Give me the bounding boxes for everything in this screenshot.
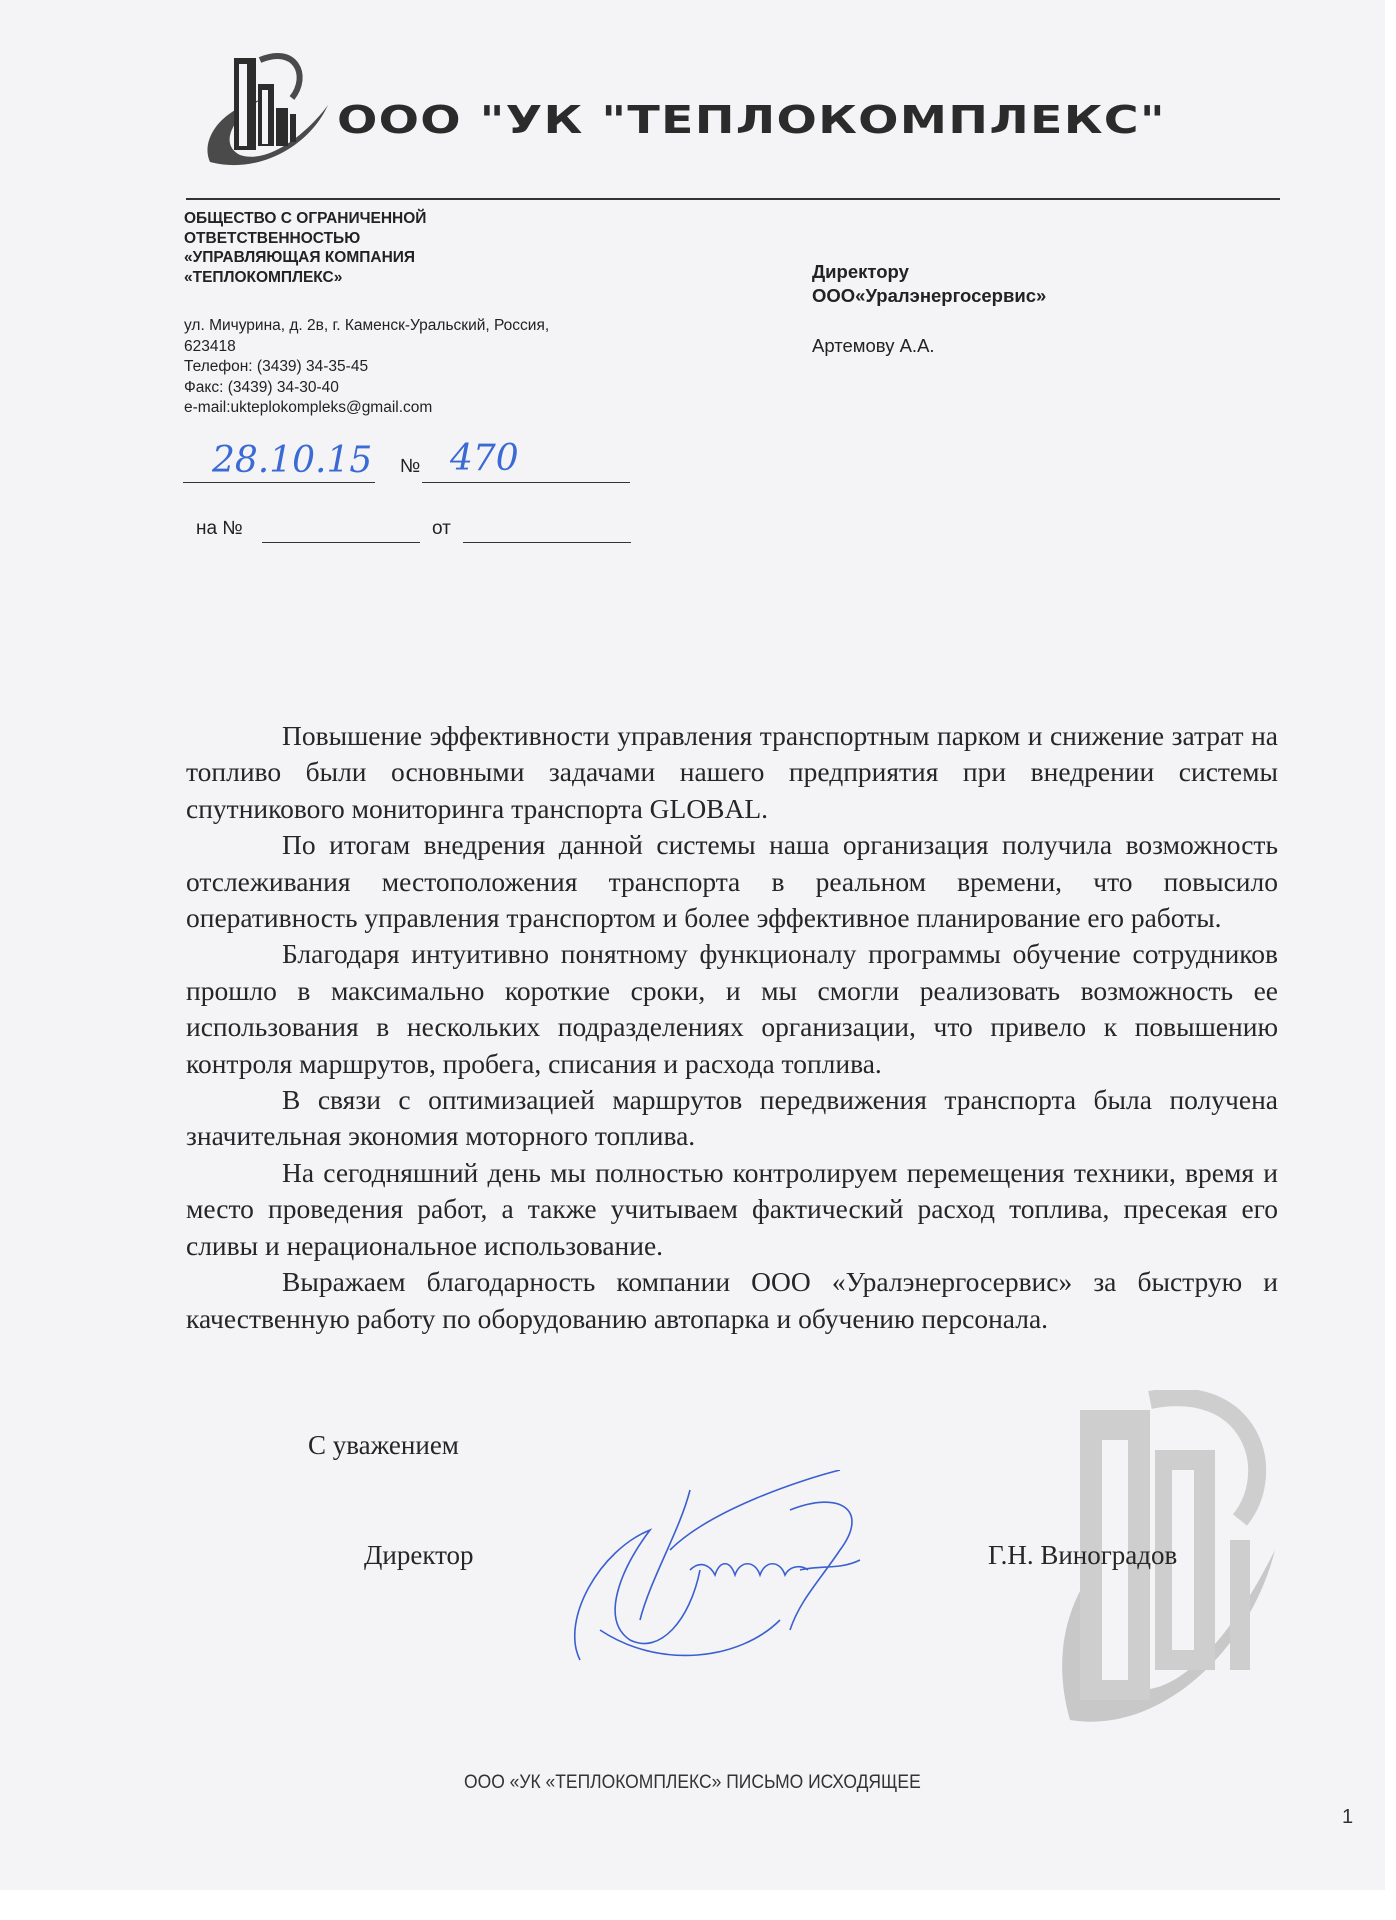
salutation: С уважением [308,1430,459,1461]
org-full-name: ОБЩЕСТВО С ОГРАНИЧЕННОЙ ОТВЕТСТВЕННОСТЬЮ… [184,209,426,287]
org-name-line: «УПРАВЛЯЮЩАЯ КОМПАНИЯ [184,248,426,268]
recipient-company: ООО«Уралэнергосервис» [812,284,1046,308]
company-brand-title: ООО "УК "ТЕПЛОКОМПЛЕКС" [337,98,1166,142]
email: e-mail:ukteplokompleks@gmail.com [184,398,549,419]
number-label: № [400,456,420,478]
recipient-name: Артемову А.А. [812,334,1046,358]
postal-code: 623418 [184,337,549,358]
recipient-title: Директору [812,260,1046,284]
phone: Телефон: (3439) 34-35-45 [184,357,549,378]
org-name-line: «ТЕПЛОКОМПЛЕКС» [184,268,426,288]
body-paragraph: На сегодняшний день мы полностью контрол… [186,1155,1278,1264]
number-underline [422,482,630,483]
org-contacts: ул. Мичурина, д. 2в, г. Каменск-Уральски… [184,316,549,419]
letter-page: ООО "УК "ТЕПЛОКОМПЛЕКС" ОБЩЕСТВО С ОГРАН… [0,0,1385,1890]
body-paragraph: Выражаем благодарность компании ООО «Ура… [186,1264,1278,1337]
reply-to-label: на № [196,518,243,540]
fax: Факс: (3439) 34-30-40 [184,378,549,399]
from-label: от [432,518,451,540]
header-divider [186,198,1280,200]
reply-to-underline [262,542,420,543]
recipient-block: Директору ООО«Уралэнергосервис» Артемову… [812,260,1046,358]
signature-icon [540,1470,920,1670]
org-name-line: ОБЩЕСТВО С ОГРАНИЧЕННОЙ [184,209,426,229]
company-logo-icon [200,50,330,170]
date-underline [183,482,375,483]
from-underline [463,542,631,543]
footer-text: ООО «УК «ТЕПЛОКОМПЛЕКС» ПИСЬМО ИСХОДЯЩЕЕ [464,1772,921,1794]
body-paragraph: Благодаря интуитивно понятному функциона… [186,936,1278,1082]
signer-position: Директор [364,1540,474,1571]
letter-body: Повышение эффективности управления транс… [186,718,1278,1337]
handwritten-number: 470 [450,438,519,479]
address-line: ул. Мичурина, д. 2в, г. Каменск-Уральски… [184,316,549,337]
body-paragraph: Повышение эффективности управления транс… [186,718,1278,827]
org-name-line: ОТВЕТСТВЕННОСТЬЮ [184,229,426,249]
page-number: 1 [1342,1806,1353,1829]
handwritten-date: 28.10.15 [212,440,372,481]
body-paragraph: По итогам внедрения данной системы наша … [186,827,1278,936]
body-paragraph: В связи с оптимизацией маршрутов передви… [186,1082,1278,1155]
signer-name: Г.Н. Виноградов [988,1540,1177,1571]
